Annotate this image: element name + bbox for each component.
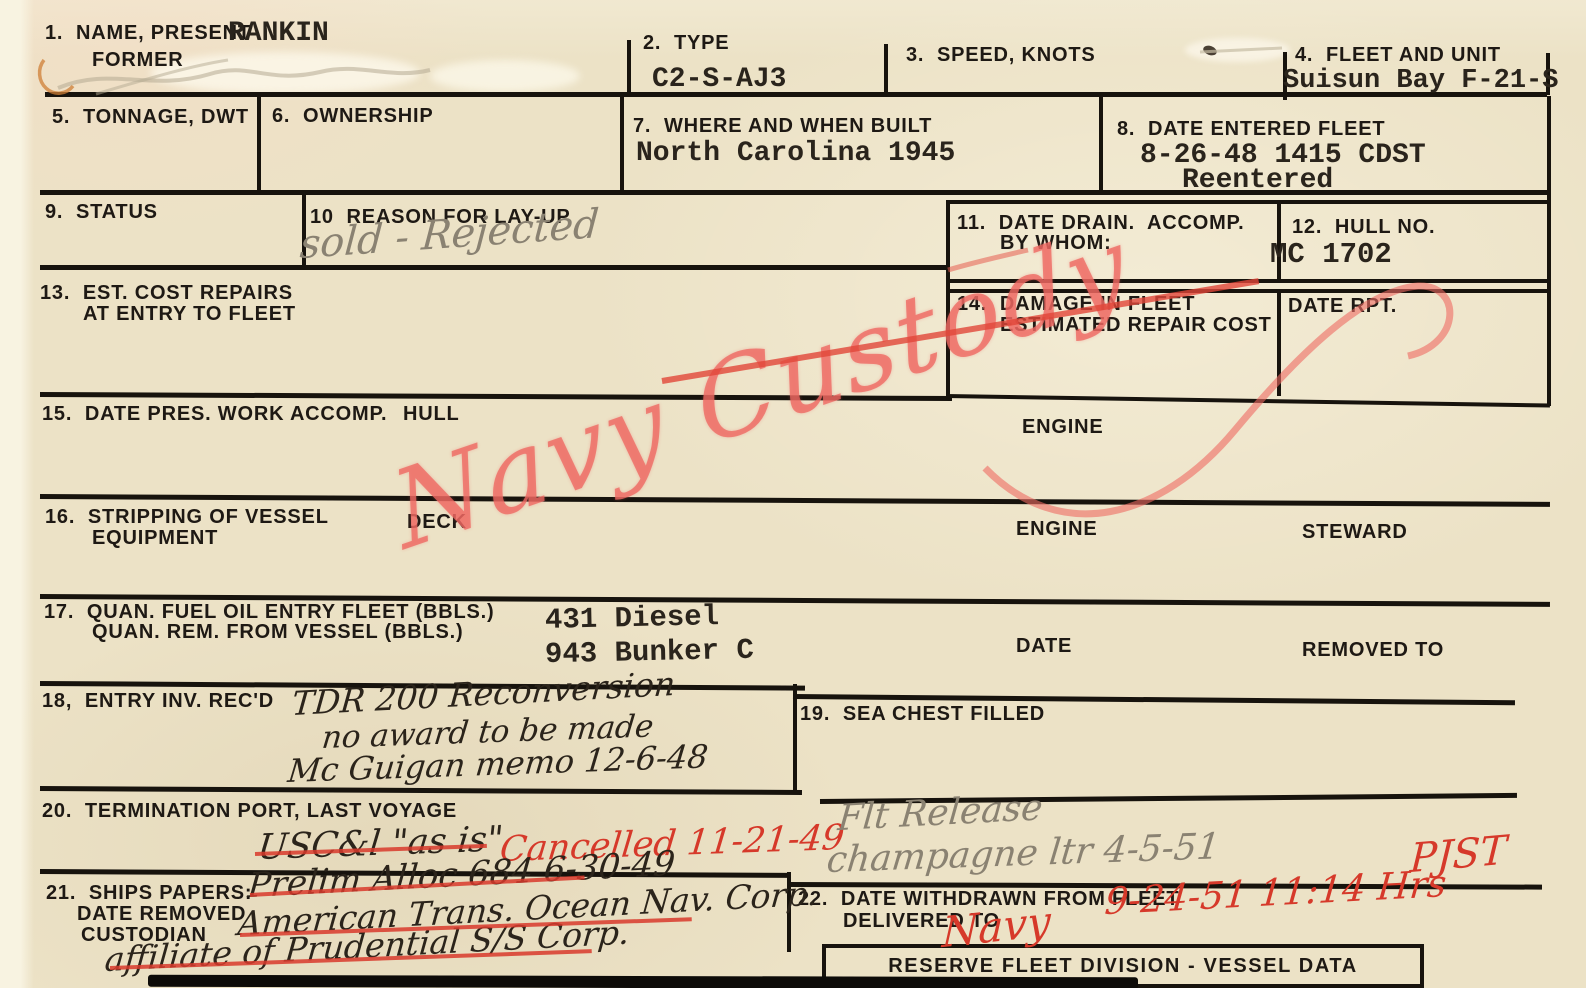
field-7-built-value: North Carolina 1945 [636,138,955,169]
field-20-termination-label: 20. TERMINATION PORT, LAST VOYAGE [42,800,457,823]
field-4-fleet-unit-value: Suisun Bay F-21-S [1283,66,1558,96]
field-1-name-value: RANKIN [228,18,329,49]
field-15-hull-label: HULL [403,403,460,426]
field-16-engine-label: ENGINE [1016,518,1097,541]
paper-erasure-stain [150,52,420,94]
grid-line [793,684,797,790]
orange-circle-mark [40,60,73,93]
field-17-removed-to-label: REMOVED TO [1302,639,1444,662]
grid-line [620,94,624,192]
field-13-est-cost-label: 13. EST. COST REPAIRS [40,282,293,305]
field-4-fleet-unit-label: 4. FLEET AND UNIT [1295,44,1501,67]
field-14-date-rpt-label: DATE RPT. [1288,295,1397,318]
field-12-hull-no-label: 12. HULL NO. [1292,216,1435,239]
grid-line [884,44,888,94]
field-12-hull-no-value: MC 1702 [1270,238,1392,271]
grid-line [1547,96,1551,406]
field-15-work-accomp-label: 15. DATE PRES. WORK ACCOMP. [42,403,387,426]
grid-line [946,394,1550,407]
field-9-status-label: 9. STATUS [45,201,158,224]
field-17-fuel-value1: 431 Diesel [545,600,720,637]
footer-title: RESERVE FLEET DIVISION - VESSEL DATA [888,955,1358,978]
vessel-data-card: 1. NAME, PRESENT FORMER 2. TYPE 3. SPEED… [0,0,1586,988]
field-17-fuel-label2: QUAN. REM. FROM VESSEL (BBLS.) [92,621,463,644]
fleet-release-note-line1: Flt Release [836,787,1044,839]
field-2-type-label: 2. TYPE [643,32,729,55]
grid-line [257,96,261,192]
field-21-ships-papers-label: 21. SHIPS PAPERS: [46,882,252,905]
grid-line [40,265,950,270]
field-15-engine-label: ENGINE [1022,416,1103,439]
field-3-speed-label: 3. SPEED, KNOTS [906,44,1096,67]
field-7-built-label: 7. WHERE AND WHEN BUILT [633,115,932,138]
grid-line [40,786,802,795]
field-8-reentered-note: Reentered [1182,165,1333,196]
field-16-equipment-label: EQUIPMENT [92,527,218,550]
field-17-date-label: DATE [1016,635,1072,658]
grid-line [1277,290,1281,396]
paper-smudge [1185,38,1290,62]
scan-bottom-band [148,975,1138,988]
field-5-tonnage-label: 5. TONNAGE, DWT [52,106,249,129]
field-1-former-label: FORMER [92,49,183,72]
field-8-date-entered-label: 8. DATE ENTERED FLEET [1117,118,1385,141]
field-16-steward-label: STEWARD [1302,521,1408,544]
field-18-entry-inv-label: 18, ENTRY INV. REC'D [42,690,274,713]
field-6-ownership-label: 6. OWNERSHIP [272,105,434,128]
field-16-stripping-label: 16. STRIPPING OF VESSEL [45,506,329,529]
field-19-sea-chest-label: 19. SEA CHEST FILLED [800,703,1045,726]
paper-erasure-stain [430,60,580,92]
grid-line [1099,95,1103,195]
grid-line [946,200,1550,204]
scan-edge-left [0,0,34,988]
grid-line [40,494,1550,507]
field-13-est-cost-label2: AT ENTRY TO FLEET [83,303,296,326]
field-2-type-value: C2-S-AJ3 [652,64,786,95]
field-21-date-removed-label: DATE REMOVED [77,903,246,926]
grid-line [627,40,631,94]
field-1-name-label: 1. NAME, PRESENT [45,22,251,45]
field-22-withdrawn-date-value: 9-24-51 11:14 Hrs [1103,862,1448,923]
